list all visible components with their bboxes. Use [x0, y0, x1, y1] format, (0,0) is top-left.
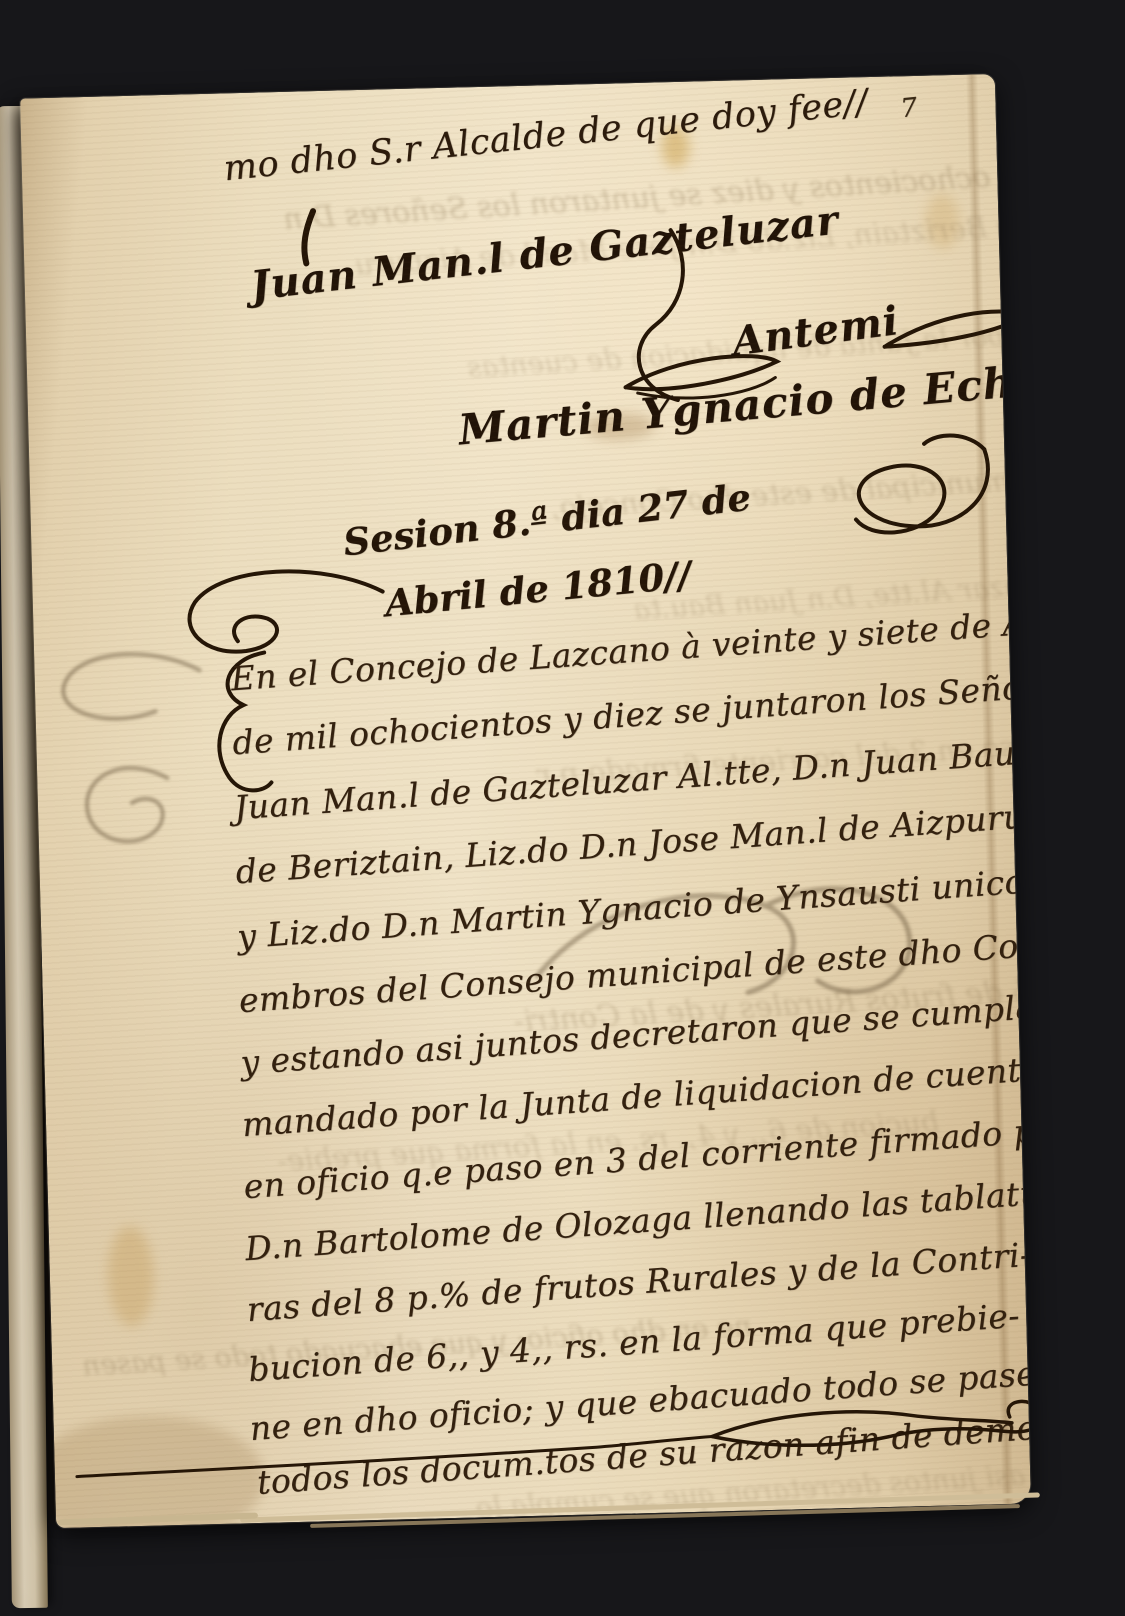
notary-spiral-rubric: [799, 424, 1013, 579]
antemi-tail-flourish: [877, 295, 1031, 369]
session-heading-line1: Sesion 8.ª dia 27 de: [341, 475, 753, 565]
manuscript-scan: de mil ochocientos y diez se juntaron lo…: [0, 0, 1125, 1616]
manuscript-page: de mil ochocientos y diez se juntaron lo…: [20, 74, 1031, 1528]
paper-crease: [966, 74, 1014, 1504]
bleedthrough-rubric-swirl: [67, 750, 190, 873]
folio-number: 7: [899, 93, 918, 124]
paper-stain: [107, 1226, 156, 1327]
